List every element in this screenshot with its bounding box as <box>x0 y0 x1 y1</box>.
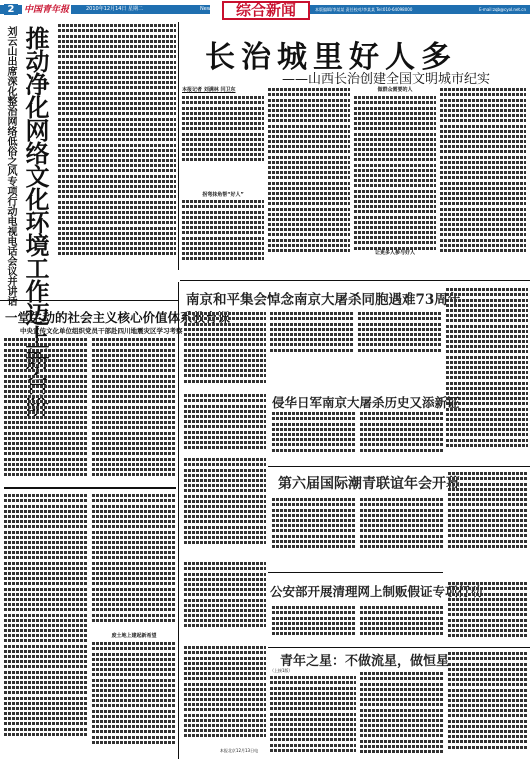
values-class-col4 <box>92 492 176 632</box>
masthead-bar: 2 中国青年报 2010年12月14日 星期二 News 综合新闻 本版编辑/李… <box>0 0 530 22</box>
divider <box>180 280 530 281</box>
nanjing-col1 <box>184 310 266 390</box>
changzhi-col4 <box>440 86 526 266</box>
changzhi-byline: 本报记者 刘满林 闫卫东 <box>182 86 262 93</box>
contact-email[interactable]: E-mail:zqb@cyol.net.cn <box>479 5 526 14</box>
changzhi-subtitle: ——山西长治创建全国文明城市纪实 <box>282 68 490 87</box>
page-number: 2 <box>4 4 18 15</box>
police-col2 <box>360 604 444 640</box>
youth-col2 <box>360 670 444 758</box>
police-side-col <box>184 560 266 640</box>
changzhi-col2 <box>268 86 350 266</box>
changzhi-col1 <box>182 94 264 164</box>
chaoqing-col1 <box>272 496 356 558</box>
youth-col3 <box>448 650 528 758</box>
nanjing-col3 <box>358 310 442 360</box>
paper-logo: 中国青年报 <box>22 2 71 15</box>
section-title: 综合新闻 <box>222 1 310 20</box>
chaoqing-col3 <box>448 470 528 562</box>
police-col3 <box>448 580 528 644</box>
news-label: News <box>200 5 214 14</box>
changzhi-col1b <box>182 198 264 266</box>
invasion-col1 <box>184 392 266 454</box>
net-culture-subtitle: 刘云山出席深化整治网络低俗之风专项行动电视电话会议并讲话 <box>4 26 16 306</box>
changzhi-subhead-3: 让更多人参与好人 <box>354 249 436 256</box>
divider <box>4 487 176 489</box>
changzhi-subhead-2: 做群众需要的人 <box>354 86 436 93</box>
divider <box>268 647 530 648</box>
nanjing-col4 <box>446 286 528 462</box>
invasion-col3 <box>360 410 444 460</box>
invasion-col2 <box>272 410 356 460</box>
values-class-subtitle: 中央宣传文化单位组织党员干部赴四川地震灾区学习考察 <box>20 326 183 335</box>
divider <box>0 300 178 301</box>
youth-col1 <box>270 674 356 758</box>
youth-dateline: 本报北京12月13日电 <box>214 748 264 754</box>
values-class-col2 <box>92 336 176 486</box>
chaoqing-col2 <box>360 496 444 558</box>
values-class-col1 <box>4 336 88 486</box>
chaoqing-title[interactable]: 第六届国际潮青联谊年会开幕 <box>278 473 460 493</box>
youth-side-col <box>184 644 266 750</box>
values-class-col3 <box>4 492 88 756</box>
issue-date: 2010年12月14日 星期二 <box>70 5 143 14</box>
values-class-col5 <box>92 640 176 756</box>
column-divider <box>178 282 179 759</box>
divider <box>268 572 443 573</box>
invasion-col4 <box>184 456 266 556</box>
changzhi-subhead-1: 拐弯抹角帮“好人” <box>182 191 264 198</box>
nanjing-title[interactable]: 南京和平集会悼念南京大屠杀同胞遇难73周年 <box>186 288 461 308</box>
invasion-title[interactable]: 侵华日军南京大屠杀历史又添新证 <box>272 393 460 411</box>
net-culture-body <box>58 22 176 270</box>
column-divider <box>178 22 179 270</box>
divider <box>268 466 530 467</box>
changzhi-col3 <box>354 94 436 266</box>
nanjing-col2 <box>270 310 354 360</box>
police-col1 <box>272 604 356 640</box>
youth-star-title[interactable]: 青年之星：不做流星，做恒星 <box>280 650 449 669</box>
values-class-subhead: 废土地上建起新希望 <box>92 632 176 639</box>
editor-info: 本版编辑/李某某 责任校对/李某某 Tel:010-64098000 <box>315 5 412 14</box>
